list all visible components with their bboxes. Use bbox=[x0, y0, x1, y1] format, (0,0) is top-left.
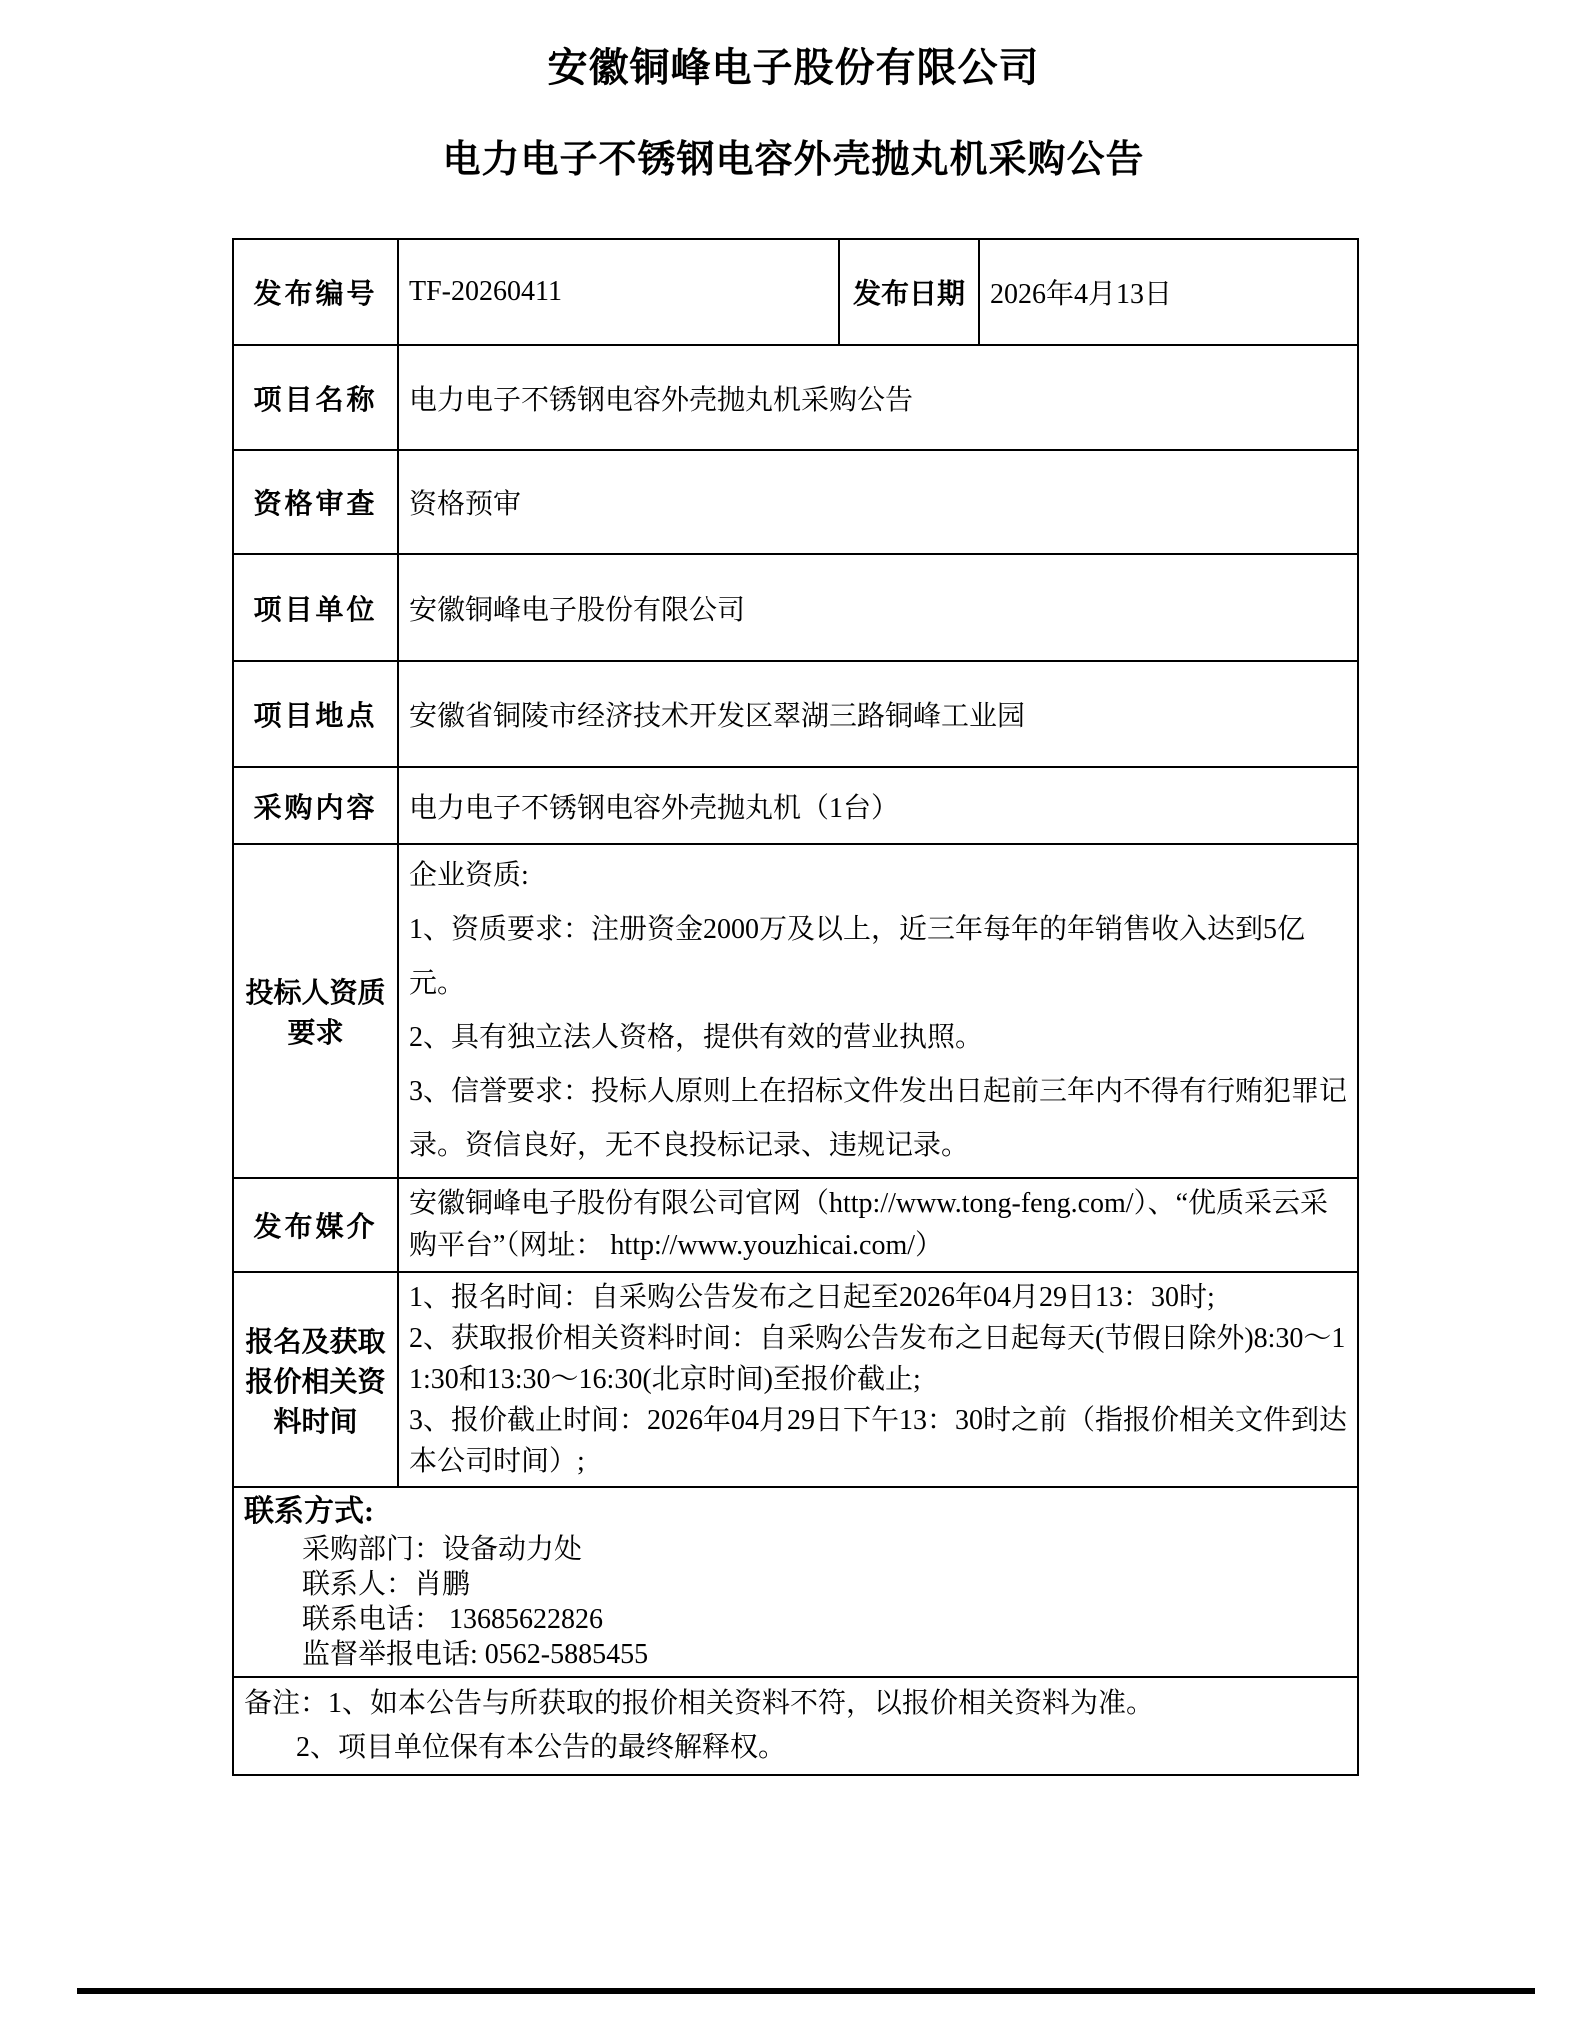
registration-schedule-value: 1、报名时间：自采购公告发布之日起至2026年04月29日13：30时; 2、获… bbox=[398, 1272, 1358, 1487]
publish-date-value: 2026年4月13日 bbox=[979, 239, 1358, 345]
contact-heading: 联系方式: bbox=[244, 1492, 1349, 1532]
remarks-text: 1、如本公告与所获取的报价相关资料不符，以报价相关资料为准。 bbox=[328, 1688, 1154, 1719]
remarks-line: 2、项目单位保有本公告的最终解释权。 bbox=[244, 1726, 1349, 1770]
table-row: 采购内容 电力电子不锈钢电容外壳抛丸机（1台） bbox=[233, 767, 1358, 844]
table-row: 项目单位 安徽铜峰电子股份有限公司 bbox=[233, 554, 1358, 661]
company-title: 安徽铜峰电子股份有限公司 bbox=[0, 36, 1587, 93]
announcement-table: 发布编号 TF-20260411 发布日期 2026年4月13日 项目名称 电力… bbox=[232, 238, 1359, 1776]
announcement-subtitle: 电力电子不锈钢电容外壳抛丸机采购公告 bbox=[0, 128, 1587, 183]
qualification-review-label: 资格审查 bbox=[233, 450, 398, 554]
table-row: 发布媒介 安徽铜峰电子股份有限公司官网（http://www.tong-feng… bbox=[233, 1178, 1358, 1272]
footer-divider-line bbox=[77, 1988, 1535, 1994]
procurement-content-label: 采购内容 bbox=[233, 767, 398, 844]
qualification-line: 2、具有独立法人资格，提供有效的营业执照。 bbox=[409, 1011, 1349, 1065]
contact-person: 联系人：肖鹏 bbox=[244, 1567, 1349, 1602]
procurement-content-value: 电力电子不锈钢电容外壳抛丸机（1台） bbox=[398, 767, 1358, 844]
table-row: 报名及获取报价相关资料时间 1、报名时间：自采购公告发布之日起至2026年04月… bbox=[233, 1272, 1358, 1487]
bidder-qualification-label: 投标人资质要求 bbox=[233, 844, 398, 1178]
publish-media-value: 安徽铜峰电子股份有限公司官网（http://www.tong-feng.com/… bbox=[398, 1178, 1358, 1272]
qualification-line: 1、资质要求：注册资金2000万及以上，近三年每年的年销售收入达到5亿元。 bbox=[409, 903, 1349, 1011]
project-name-value: 电力电子不锈钢电容外壳抛丸机采购公告 bbox=[398, 345, 1358, 450]
remarks-line: 备注：1、如本公告与所获取的报价相关资料不符，以报价相关资料为准。 bbox=[244, 1682, 1349, 1726]
contact-info-cell: 联系方式: 采购部门：设备动力处 联系人：肖鹏 联系电话： 1368562282… bbox=[233, 1487, 1358, 1677]
project-location-label: 项目地点 bbox=[233, 661, 398, 767]
publish-number-value: TF-20260411 bbox=[398, 239, 839, 345]
bidder-qualification-value: 企业资质: 1、资质要求：注册资金2000万及以上，近三年每年的年销售收入达到5… bbox=[398, 844, 1358, 1178]
document-page: 安徽铜峰电子股份有限公司 电力电子不锈钢电容外壳抛丸机采购公告 发布编号 TF-… bbox=[0, 0, 1587, 2044]
publish-number-label: 发布编号 bbox=[233, 239, 398, 345]
registration-schedule-label: 报名及获取报价相关资料时间 bbox=[233, 1272, 398, 1487]
table-row: 投标人资质要求 企业资质: 1、资质要求：注册资金2000万及以上，近三年每年的… bbox=[233, 844, 1358, 1178]
table-row: 联系方式: 采购部门：设备动力处 联系人：肖鹏 联系电话： 1368562282… bbox=[233, 1487, 1358, 1677]
qualification-review-value: 资格预审 bbox=[398, 450, 1358, 554]
table-row: 项目名称 电力电子不锈钢电容外壳抛丸机采购公告 bbox=[233, 345, 1358, 450]
remarks-cell: 备注：1、如本公告与所获取的报价相关资料不符，以报价相关资料为准。 2、项目单位… bbox=[233, 1677, 1358, 1775]
qualification-line: 3、信誉要求：投标人原则上在招标文件发出日起前三年内不得有行贿犯罪记录。资信良好… bbox=[409, 1065, 1349, 1173]
supervision-phone: 监督举报电话: 0562-5885455 bbox=[244, 1637, 1349, 1672]
table-row: 资格审查 资格预审 bbox=[233, 450, 1358, 554]
project-location-value: 安徽省铜陵市经济技术开发区翠湖三路铜峰工业园 bbox=[398, 661, 1358, 767]
remarks-lead: 备注： bbox=[244, 1688, 328, 1719]
table-row: 备注：1、如本公告与所获取的报价相关资料不符，以报价相关资料为准。 2、项目单位… bbox=[233, 1677, 1358, 1775]
project-unit-value: 安徽铜峰电子股份有限公司 bbox=[398, 554, 1358, 661]
table-row: 发布编号 TF-20260411 发布日期 2026年4月13日 bbox=[233, 239, 1358, 345]
publish-media-label: 发布媒介 bbox=[233, 1178, 398, 1272]
project-name-label: 项目名称 bbox=[233, 345, 398, 450]
project-unit-label: 项目单位 bbox=[233, 554, 398, 661]
publish-date-label: 发布日期 bbox=[839, 239, 979, 345]
contact-department: 采购部门：设备动力处 bbox=[244, 1532, 1349, 1567]
schedule-line: 1、报名时间：自采购公告发布之日起至2026年04月29日13：30时; bbox=[409, 1277, 1349, 1318]
qualification-line: 企业资质: bbox=[409, 849, 1349, 903]
table-row: 项目地点 安徽省铜陵市经济技术开发区翠湖三路铜峰工业园 bbox=[233, 661, 1358, 767]
schedule-line: 3、报价截止时间：2026年04月29日下午13：30时之前（指报价相关文件到达… bbox=[409, 1400, 1349, 1482]
schedule-line: 2、获取报价相关资料时间：自采购公告发布之日起每天(节假日除外)8:30～11:… bbox=[409, 1318, 1349, 1400]
contact-phone: 联系电话： 13685622826 bbox=[244, 1602, 1349, 1637]
